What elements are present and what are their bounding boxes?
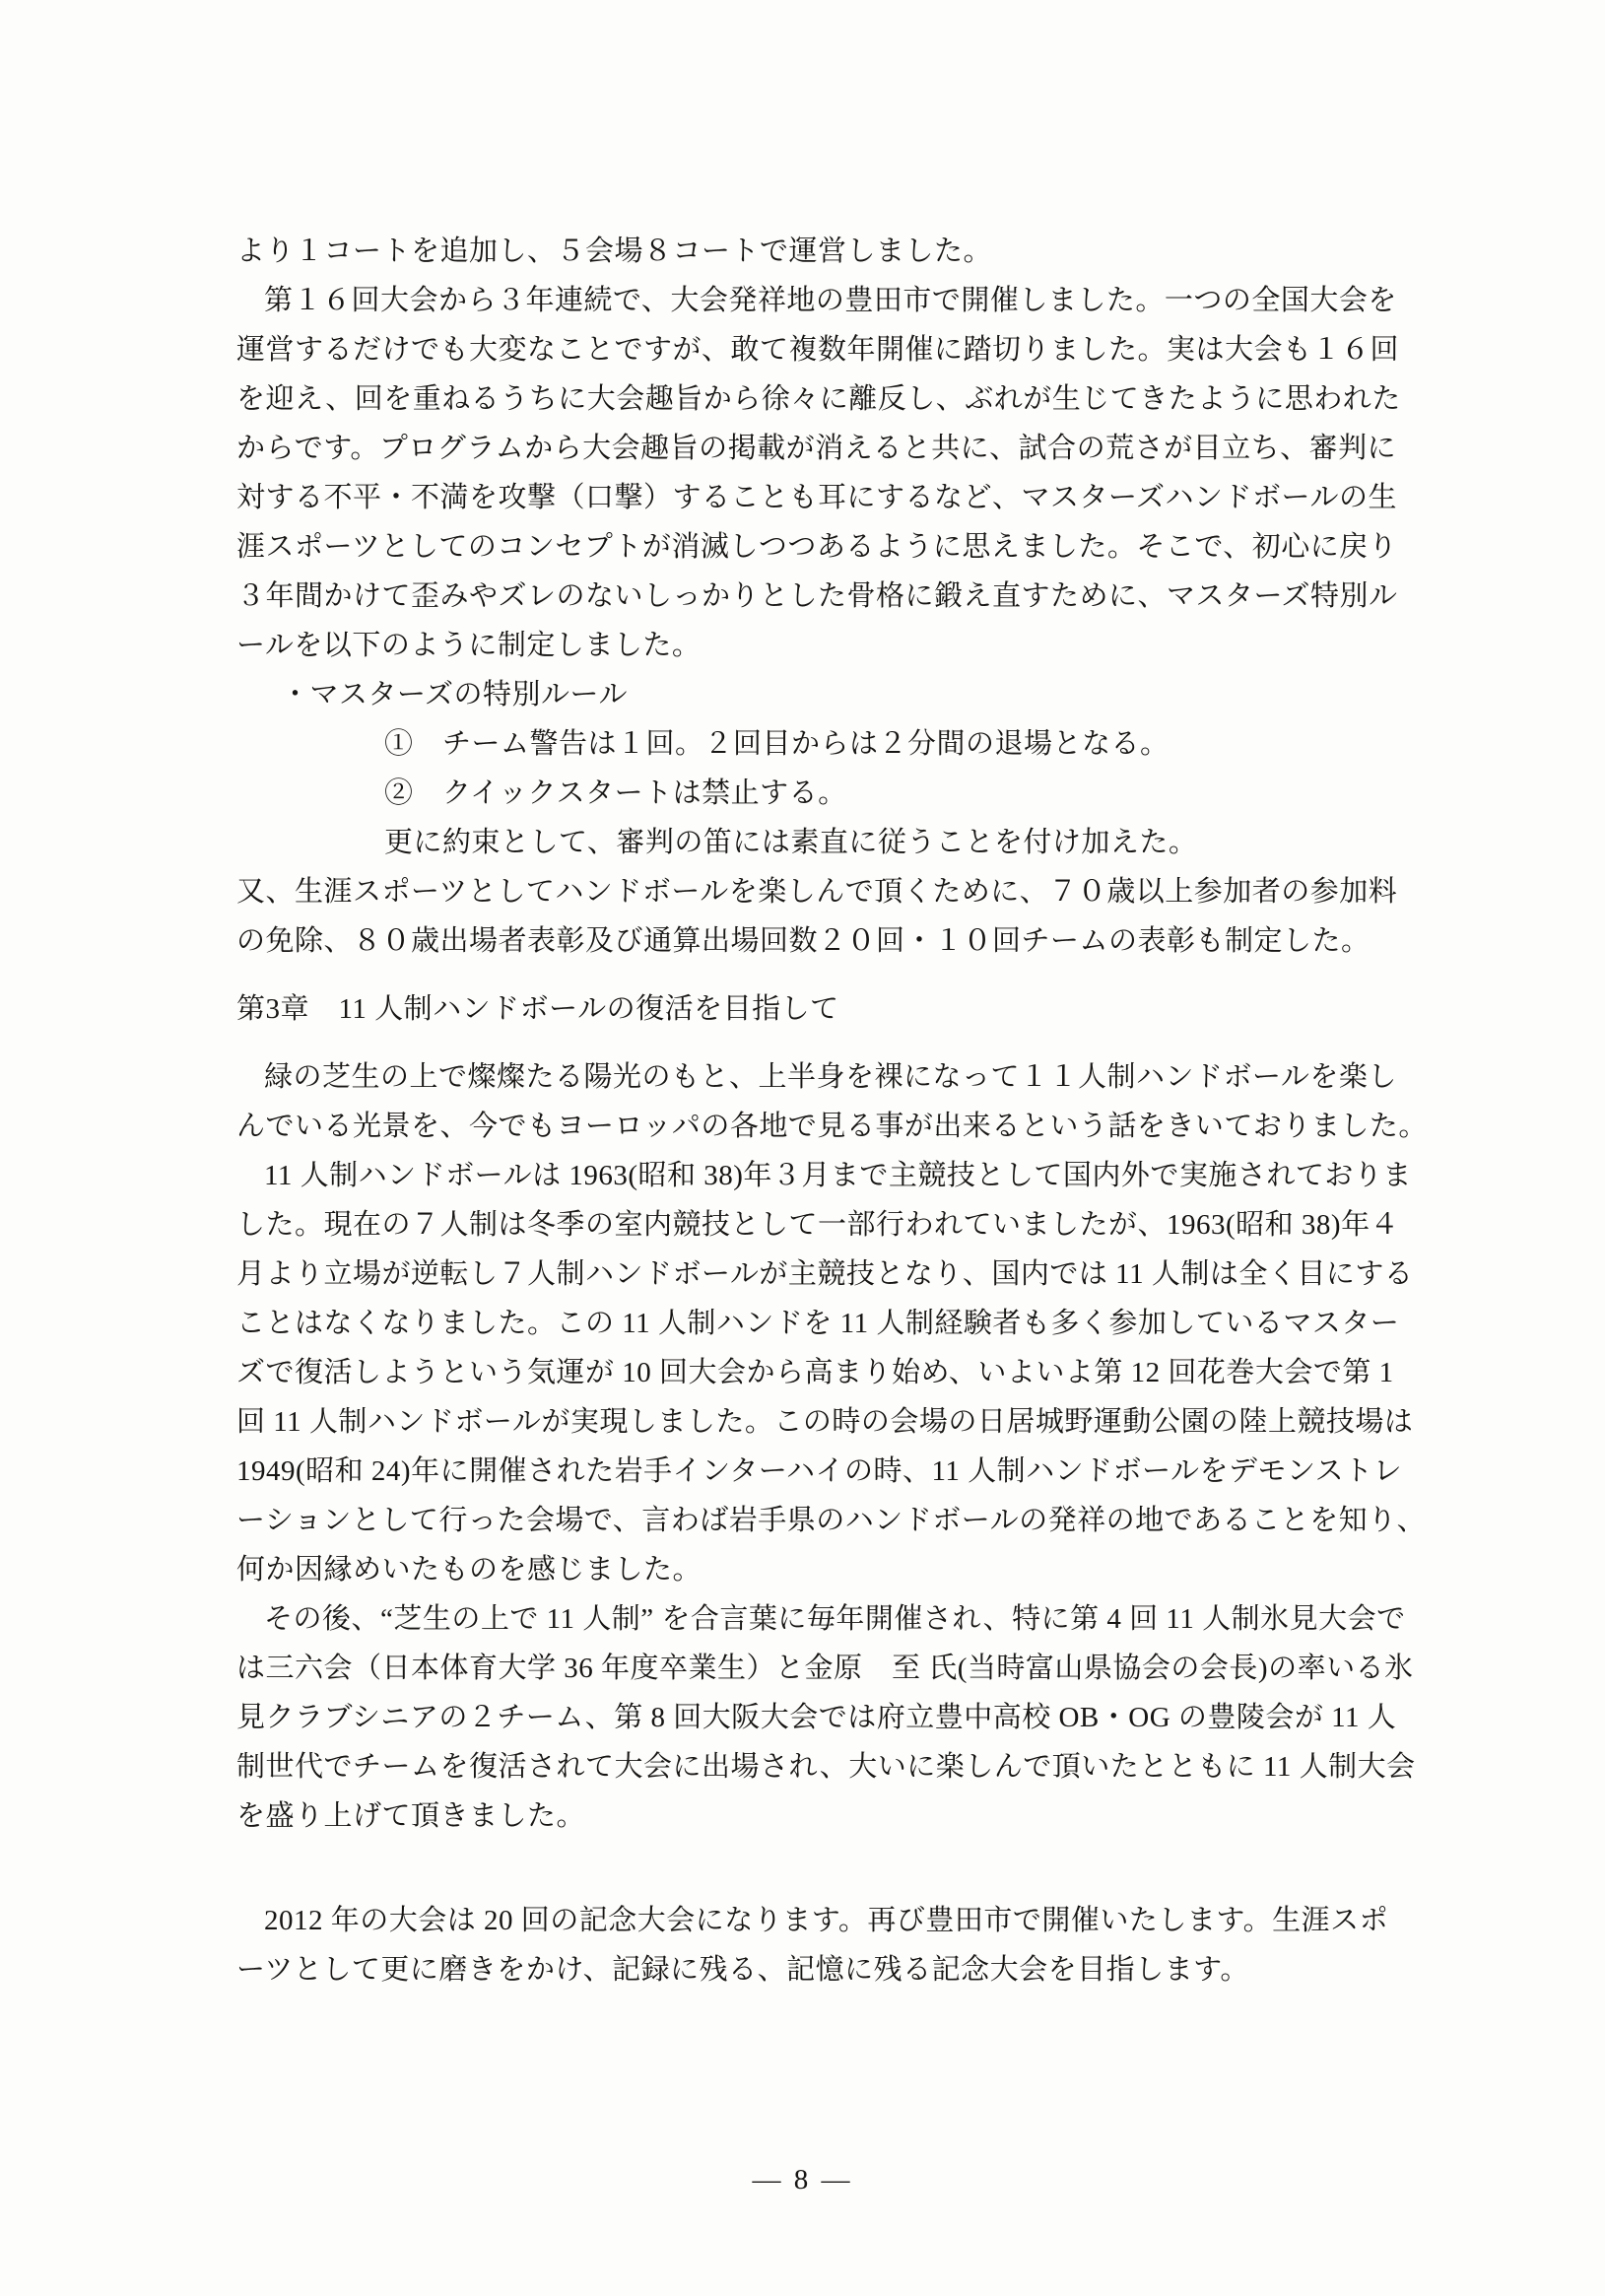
text-line: 運営するだけでも大変なことですが、敢て複数年開催に踏切りました。実は大会も１６回 xyxy=(236,325,1415,374)
text-line: を盛り上げて頂きました。 xyxy=(236,1791,1415,1841)
text-line: 見クラブシニアの２チーム、第 8 回大阪大会では府立豊中高校 OB・OG の豊陵… xyxy=(236,1693,1415,1742)
text-line: ことはなくなりました。この 11 人制ハンドを 11 人制経験者も多く参加してい… xyxy=(236,1299,1415,1348)
text-line: ・マスターズの特別ルール xyxy=(236,670,1415,719)
text-line: んでいる光景を、今でもヨーロッパの各地で見る事が出来るという話をきいておりました… xyxy=(236,1102,1415,1151)
text-line: その後、“芝生の上で 11 人制” を合言葉に毎年開催され、特に第 4 回 11… xyxy=(236,1594,1415,1644)
text-line: ールを以下のように制定しました。 xyxy=(236,621,1415,670)
text-line: 緑の芝生の上で燦燦たる陽光のもと、上半身を裸になって１１人制ハンドボールを楽し xyxy=(236,1052,1415,1102)
text-line: より１コートを追加し、５会場８コートで運営しました。 xyxy=(236,227,1415,276)
section-heading: 第3章 11 人制ハンドボールの復活を目指して xyxy=(236,984,1415,1034)
document-body: より１コートを追加し、５会場８コートで運営しました。第１６回大会から３年連続で、… xyxy=(236,227,1415,1994)
text-line: 対する不平・不満を攻撃（口撃）することも耳にするなど、マスターズハンドボールの生 xyxy=(236,473,1415,522)
text-line: ② クイックスタートは禁止する。 xyxy=(236,769,1415,818)
text-line: 回 11 人制ハンドボールが実現しました。この時の会場の日居城野運動公園の陸上競… xyxy=(236,1397,1415,1447)
text-line: 2012 年の大会は 20 回の記念大会になります。再び豊田市で開催いたします。… xyxy=(236,1896,1415,1945)
text-line: 更に約束として、審判の笛には素直に従うことを付け加えた。 xyxy=(236,818,1415,867)
page-number: — 8 — xyxy=(0,2155,1605,2204)
text-line: の免除、８０歳出場者表彰及び通算出場回数２０回・１０回チームの表彰も制定した。 xyxy=(236,916,1415,966)
text-line: 月より立場が逆転し７人制ハンドボールが主競技となり、国内では 11 人制は全く目… xyxy=(236,1249,1415,1299)
document-page: より１コートを追加し、５会場８コートで運営しました。第１６回大会から３年連続で、… xyxy=(0,0,1605,2296)
text-line: からです。プログラムから大会趣旨の掲載が消えると共に、試合の荒さが目立ち、審判に xyxy=(236,424,1415,473)
text-line: 何か因縁めいたものを感じました。 xyxy=(236,1545,1415,1594)
text-line: 11 人制ハンドボールは 1963(昭和 38)年３月まで主競技として国内外で実… xyxy=(236,1151,1415,1200)
text-line: 涯スポーツとしてのコンセプトが消滅しつつあるように思えました。そこで、初心に戻り xyxy=(236,522,1415,572)
text-line: を迎え、回を重ねるうちに大会趣旨から徐々に離反し、ぶれが生じてきたように思われた xyxy=(236,374,1415,424)
text-line: ーションとして行った会場で、言わば岩手県のハンドボールの発祥の地であることを知り… xyxy=(236,1496,1415,1545)
text-line: した。現在の７人制は冬季の室内競技として一部行われていましたが、1963(昭和 … xyxy=(236,1200,1415,1249)
text-line: 又、生涯スポーツとしてハンドボールを楽しんで頂くために、７０歳以上参加者の参加料 xyxy=(236,867,1415,916)
text-line: 制世代でチームを復活されて大会に出場され、大いに楽しんで頂いたとともに 11 人… xyxy=(236,1742,1415,1791)
text-line: ズで復活しようという気運が 10 回大会から高まり始め、いよいよ第 12 回花巻… xyxy=(236,1348,1415,1397)
text-line: 第１６回大会から３年連続で、大会発祥地の豊田市で開催しました。一つの全国大会を xyxy=(236,276,1415,325)
text-line: は三六会（日本体育大学 36 年度卒業生）と金原 至 氏(当時富山県協会の会長)… xyxy=(236,1644,1415,1693)
text-line: ３年間かけて歪みやズレのないしっかりとした骨格に鍛え直すために、マスターズ特別ル xyxy=(236,572,1415,621)
text-line: ーツとして更に磨きをかけ、記録に残る、記憶に残る記念大会を目指します。 xyxy=(236,1945,1415,1994)
text-line: 1949(昭和 24)年に開催された岩手インターハイの時、11 人制ハンドボール… xyxy=(236,1447,1415,1496)
text-line: ① チーム警告は１回。２回目からは２分間の退場となる。 xyxy=(236,719,1415,769)
